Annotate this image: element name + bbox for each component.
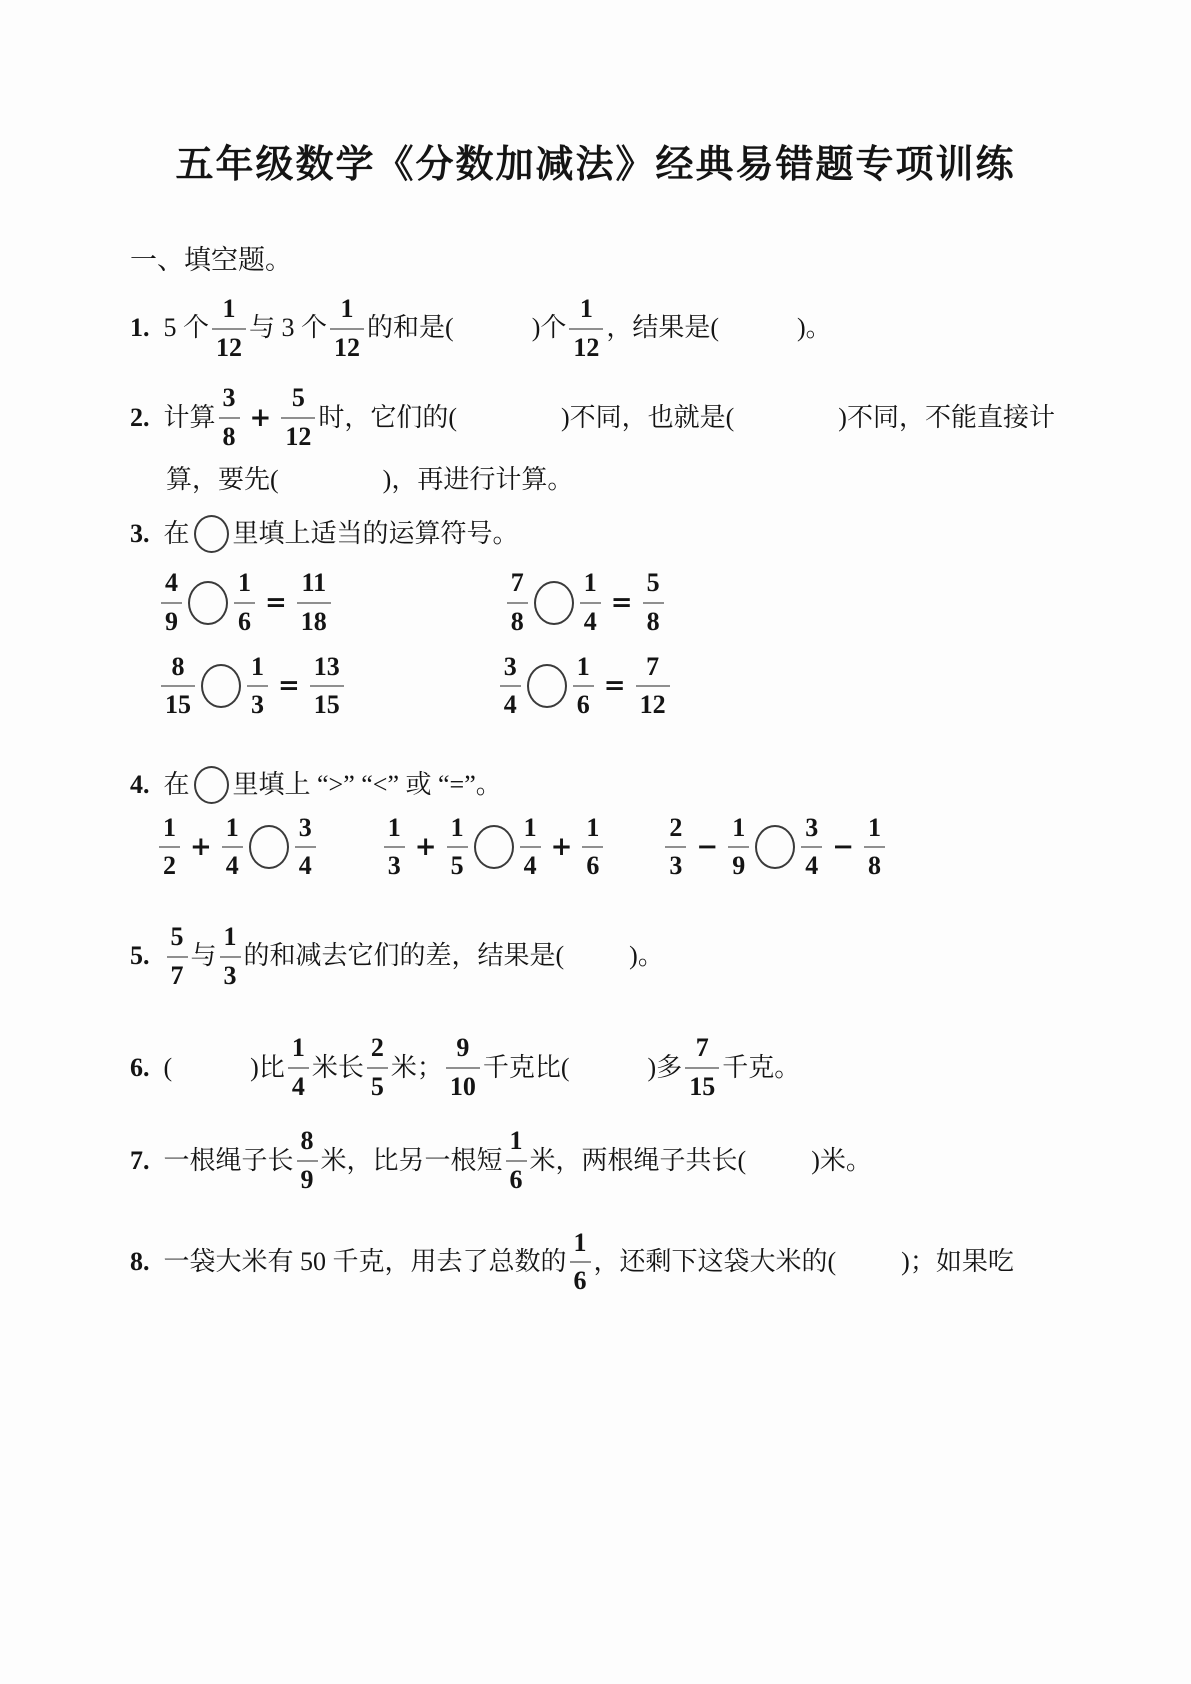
fraction-numerator: 7 xyxy=(642,653,663,686)
fraction-numerator: 1 xyxy=(219,295,240,328)
fraction: 38 xyxy=(219,384,240,451)
question-row: 6.( )比14米长25米；910千克比( )多715千克。 xyxy=(130,1034,1135,1101)
fraction-denominator: 8 xyxy=(507,604,528,637)
fraction-denominator: 3 xyxy=(665,848,686,881)
question-row: 算，要先( )，再进行计算。 xyxy=(166,461,1135,499)
fraction: 14 xyxy=(580,569,601,636)
fraction-denominator: 6 xyxy=(573,687,594,720)
question-row: 2.计算38+512时，它们的( )不同，也就是( )不同，不能直接计 xyxy=(130,384,1135,451)
fraction-numerator: 1 xyxy=(220,923,241,956)
column-gap xyxy=(347,686,497,687)
text-run: 千克比( )多 xyxy=(483,1050,682,1086)
fraction-numerator: 13 xyxy=(310,653,344,686)
fraction: 19 xyxy=(728,814,749,881)
answer-circle xyxy=(201,664,241,708)
fraction-numerator: 11 xyxy=(298,569,331,602)
text-run: 5 个 xyxy=(164,310,210,346)
text-run: 米长 xyxy=(312,1050,364,1086)
text-run: ，还剩下这袋大米的( )；如果吃 xyxy=(594,1244,1014,1280)
text-run: 一根绳子长 xyxy=(164,1143,294,1179)
question-row: 1.5 个112与 3 个112的和是( )个112，结果是( )。 xyxy=(130,295,1135,362)
operator-symbol: = xyxy=(604,668,626,704)
fraction-denominator: 3 xyxy=(384,848,405,881)
fraction-denominator: 3 xyxy=(247,687,268,720)
text-run: 算，要先( )，再进行计算。 xyxy=(166,462,573,498)
text-run: 与 xyxy=(191,938,217,974)
question-number: 5. xyxy=(130,938,150,974)
section-heading: 一、填空题。 xyxy=(130,238,1135,277)
text-run: 米，比另一根短 xyxy=(321,1143,503,1179)
fraction-denominator: 4 xyxy=(222,848,243,881)
fraction-denominator: 5 xyxy=(447,848,468,881)
fraction-denominator: 6 xyxy=(582,848,603,881)
column-gap xyxy=(606,847,662,848)
fraction-numerator: 5 xyxy=(288,384,309,417)
fraction-denominator: 4 xyxy=(295,848,316,881)
operator-symbol: = xyxy=(278,668,300,704)
operator-symbol: + xyxy=(551,829,573,865)
answer-circle xyxy=(527,664,567,708)
question-1: 1.5 个112与 3 个112的和是( )个112，结果是( )。 xyxy=(130,295,1135,362)
fraction: 14 xyxy=(222,814,243,881)
fraction-denominator: 8 xyxy=(219,419,240,452)
operator-symbol: = xyxy=(265,585,287,621)
fraction-numerator: 1 xyxy=(222,814,243,847)
fraction-denominator: 2 xyxy=(159,848,180,881)
question-2: 2.计算38+512时，它们的( )不同，也就是( )不同，不能直接计算，要先(… xyxy=(130,384,1135,499)
text-run: 米； xyxy=(391,1050,443,1086)
fraction: 112 xyxy=(212,295,246,362)
fraction-numerator: 2 xyxy=(367,1034,388,1067)
fraction-numerator: 3 xyxy=(219,384,240,417)
question-row: 81513=13153416=712 xyxy=(158,653,1135,720)
fraction: 25 xyxy=(367,1034,388,1101)
fraction-numerator: 7 xyxy=(692,1034,713,1067)
fraction: 512 xyxy=(281,384,315,451)
fraction: 112 xyxy=(569,295,603,362)
fraction: 14 xyxy=(520,814,541,881)
fraction-denominator: 4 xyxy=(801,848,822,881)
answer-circle xyxy=(194,515,229,553)
column-gap xyxy=(319,847,381,848)
fraction: 910 xyxy=(446,1034,480,1101)
worksheet-page: 五年级数学《分数加减法》经典易错题专项训练 一、填空题。 1.5 个112与 3… xyxy=(0,0,1191,1684)
fraction-denominator: 7 xyxy=(167,958,188,991)
fraction-numerator: 1 xyxy=(580,569,601,602)
operator-symbol: − xyxy=(696,829,718,865)
questions-list: 1.5 个112与 3 个112的和是( )个112，结果是( )。2.计算38… xyxy=(130,295,1135,1296)
fraction-denominator: 9 xyxy=(728,848,749,881)
answer-circle xyxy=(474,825,514,869)
question-number: 8. xyxy=(130,1244,150,1280)
question-row: 5.57与13的和减去它们的差，结果是( )。 xyxy=(130,923,1135,990)
text-run: ( )比 xyxy=(164,1050,285,1086)
fraction: 58 xyxy=(643,569,664,636)
fraction-numerator: 1 xyxy=(573,653,594,686)
fraction: 34 xyxy=(801,814,822,881)
fraction-denominator: 4 xyxy=(580,604,601,637)
text-run: 在 xyxy=(164,516,190,552)
fraction: 715 xyxy=(685,1034,719,1101)
fraction: 16 xyxy=(506,1127,527,1194)
fraction-denominator: 4 xyxy=(520,848,541,881)
question-row: 3.在里填上适当的运算符号。 xyxy=(130,515,1135,553)
fraction-numerator: 1 xyxy=(728,814,749,847)
worksheet-title: 五年级数学《分数加减法》经典易错题专项训练 xyxy=(0,0,1191,188)
text-run: 计算 xyxy=(164,400,216,436)
fraction-numerator: 1 xyxy=(247,653,268,686)
answer-circle xyxy=(534,581,574,625)
fraction-denominator: 8 xyxy=(643,604,664,637)
fraction-denominator: 9 xyxy=(161,604,182,637)
question-6: 6.( )比14米长25米；910千克比( )多715千克。 xyxy=(130,1034,1135,1101)
fraction-numerator: 1 xyxy=(384,814,405,847)
fraction-denominator: 18 xyxy=(297,604,331,637)
fraction-denominator: 15 xyxy=(310,687,344,720)
fraction-denominator: 8 xyxy=(864,848,885,881)
fraction-numerator: 1 xyxy=(582,814,603,847)
question-number: 7. xyxy=(130,1143,150,1179)
fraction-numerator: 3 xyxy=(295,814,316,847)
fraction-numerator: 5 xyxy=(643,569,664,602)
fraction-numerator: 5 xyxy=(167,923,188,956)
text-run: 的和减去它们的差，结果是( )。 xyxy=(244,938,664,974)
fraction: 16 xyxy=(234,569,255,636)
question-4: 4.在里填上 “>” “<” 或 “=”。12+143413+1514+1623… xyxy=(130,766,1135,881)
fraction-numerator: 9 xyxy=(452,1034,473,1067)
question-number: 1. xyxy=(130,310,150,346)
operator-symbol: + xyxy=(415,829,437,865)
fraction-numerator: 1 xyxy=(520,814,541,847)
question-number: 2. xyxy=(130,400,150,436)
fraction-denominator: 6 xyxy=(570,1263,591,1296)
fraction-numerator: 4 xyxy=(161,569,182,602)
fraction-numerator: 1 xyxy=(288,1034,309,1067)
fraction-numerator: 2 xyxy=(665,814,686,847)
text-run: 里填上适当的运算符号。 xyxy=(233,516,519,552)
fraction: 15 xyxy=(447,814,468,881)
text-run: 在 xyxy=(164,767,190,803)
question-5: 5.57与13的和减去它们的差，结果是( )。 xyxy=(130,923,1135,990)
fraction-numerator: 1 xyxy=(570,1229,591,1262)
fraction: 18 xyxy=(864,814,885,881)
text-run: 米，两根绳子共长( )米。 xyxy=(530,1143,872,1179)
text-run: 的和是( )个 xyxy=(367,310,566,346)
question-row: 7.一根绳子长89米，比另一根短16米，两根绳子共长( )米。 xyxy=(130,1127,1135,1194)
fraction: 23 xyxy=(665,814,686,881)
fraction: 16 xyxy=(582,814,603,881)
fraction: 89 xyxy=(297,1127,318,1194)
fraction-denominator: 6 xyxy=(234,604,255,637)
question-7: 7.一根绳子长89米，比另一根短16米，两根绳子共长( )米。 xyxy=(130,1127,1135,1194)
fraction: 13 xyxy=(384,814,405,881)
fraction: 78 xyxy=(507,569,528,636)
fraction-numerator: 8 xyxy=(168,653,189,686)
fraction-numerator: 3 xyxy=(801,814,822,847)
text-run: 千克。 xyxy=(722,1050,800,1086)
fraction-numerator: 8 xyxy=(297,1127,318,1160)
operator-symbol: − xyxy=(832,829,854,865)
fraction-numerator: 1 xyxy=(337,295,358,328)
fraction-denominator: 15 xyxy=(161,687,195,720)
answer-circle xyxy=(188,581,228,625)
fraction-numerator: 3 xyxy=(500,653,521,686)
fraction-denominator: 12 xyxy=(281,419,315,452)
question-row: 4916=11187814=58 xyxy=(158,569,1135,636)
worksheet-content: 一、填空题。 1.5 个112与 3 个112的和是( )个112，结果是( )… xyxy=(0,238,1191,1296)
fraction: 12 xyxy=(159,814,180,881)
fraction-denominator: 4 xyxy=(500,687,521,720)
fraction-numerator: 7 xyxy=(507,569,528,602)
question-number: 6. xyxy=(130,1050,150,1086)
answer-circle xyxy=(249,825,289,869)
fraction-numerator: 1 xyxy=(864,814,885,847)
fraction-numerator: 1 xyxy=(234,569,255,602)
fraction: 16 xyxy=(573,653,594,720)
text-run: 里填上 “>” “<” 或 “=”。 xyxy=(233,767,502,803)
operator-symbol: = xyxy=(611,585,633,621)
question-row: 12+143413+1514+1623−1934−18 xyxy=(156,814,1135,881)
fraction-denominator: 12 xyxy=(212,330,246,363)
question-row: 8.一袋大米有 50 千克，用去了总数的16，还剩下这袋大米的( )；如果吃 xyxy=(130,1229,1135,1296)
fraction-numerator: 1 xyxy=(506,1127,527,1160)
operator-symbol: + xyxy=(190,829,212,865)
question-number: 3. xyxy=(130,516,150,552)
question-3: 3.在里填上适当的运算符号。4916=11187814=5881513=1315… xyxy=(130,515,1135,719)
text-run: ，结果是( )。 xyxy=(606,310,831,346)
fraction: 34 xyxy=(500,653,521,720)
answer-circle xyxy=(755,825,795,869)
fraction-denominator: 12 xyxy=(636,687,670,720)
question-row: 4.在里填上 “>” “<” 或 “=”。 xyxy=(130,766,1135,804)
fraction-denominator: 3 xyxy=(220,958,241,991)
fraction: 16 xyxy=(570,1229,591,1296)
fraction-numerator: 1 xyxy=(447,814,468,847)
fraction-denominator: 15 xyxy=(685,1069,719,1102)
text-run: 一袋大米有 50 千克，用去了总数的 xyxy=(164,1244,567,1280)
fraction-denominator: 12 xyxy=(569,330,603,363)
fraction: 14 xyxy=(288,1034,309,1101)
fraction-numerator: 1 xyxy=(576,295,597,328)
fraction-denominator: 6 xyxy=(506,1162,527,1195)
text-run: 时，它们的( )不同，也就是( )不同，不能直接计 xyxy=(318,400,1055,436)
fraction: 13 xyxy=(247,653,268,720)
fraction: 112 xyxy=(330,295,364,362)
fraction-denominator: 9 xyxy=(297,1162,318,1195)
fraction: 815 xyxy=(161,653,195,720)
fraction-numerator: 1 xyxy=(159,814,180,847)
answer-circle xyxy=(194,766,229,804)
fraction: 34 xyxy=(295,814,316,881)
question-8: 8.一袋大米有 50 千克，用去了总数的16，还剩下这袋大米的( )；如果吃 xyxy=(130,1229,1135,1296)
fraction: 1315 xyxy=(310,653,344,720)
fraction-denominator: 5 xyxy=(367,1069,388,1102)
fraction: 1118 xyxy=(297,569,331,636)
text-run: 与 3 个 xyxy=(249,310,327,346)
operator-symbol: + xyxy=(250,400,272,436)
fraction-denominator: 4 xyxy=(288,1069,309,1102)
fraction: 712 xyxy=(636,653,670,720)
column-gap xyxy=(334,602,504,603)
fraction: 57 xyxy=(167,923,188,990)
fraction-denominator: 10 xyxy=(446,1069,480,1102)
fraction-denominator: 12 xyxy=(330,330,364,363)
fraction: 13 xyxy=(220,923,241,990)
fraction: 49 xyxy=(161,569,182,636)
question-number: 4. xyxy=(130,767,150,803)
